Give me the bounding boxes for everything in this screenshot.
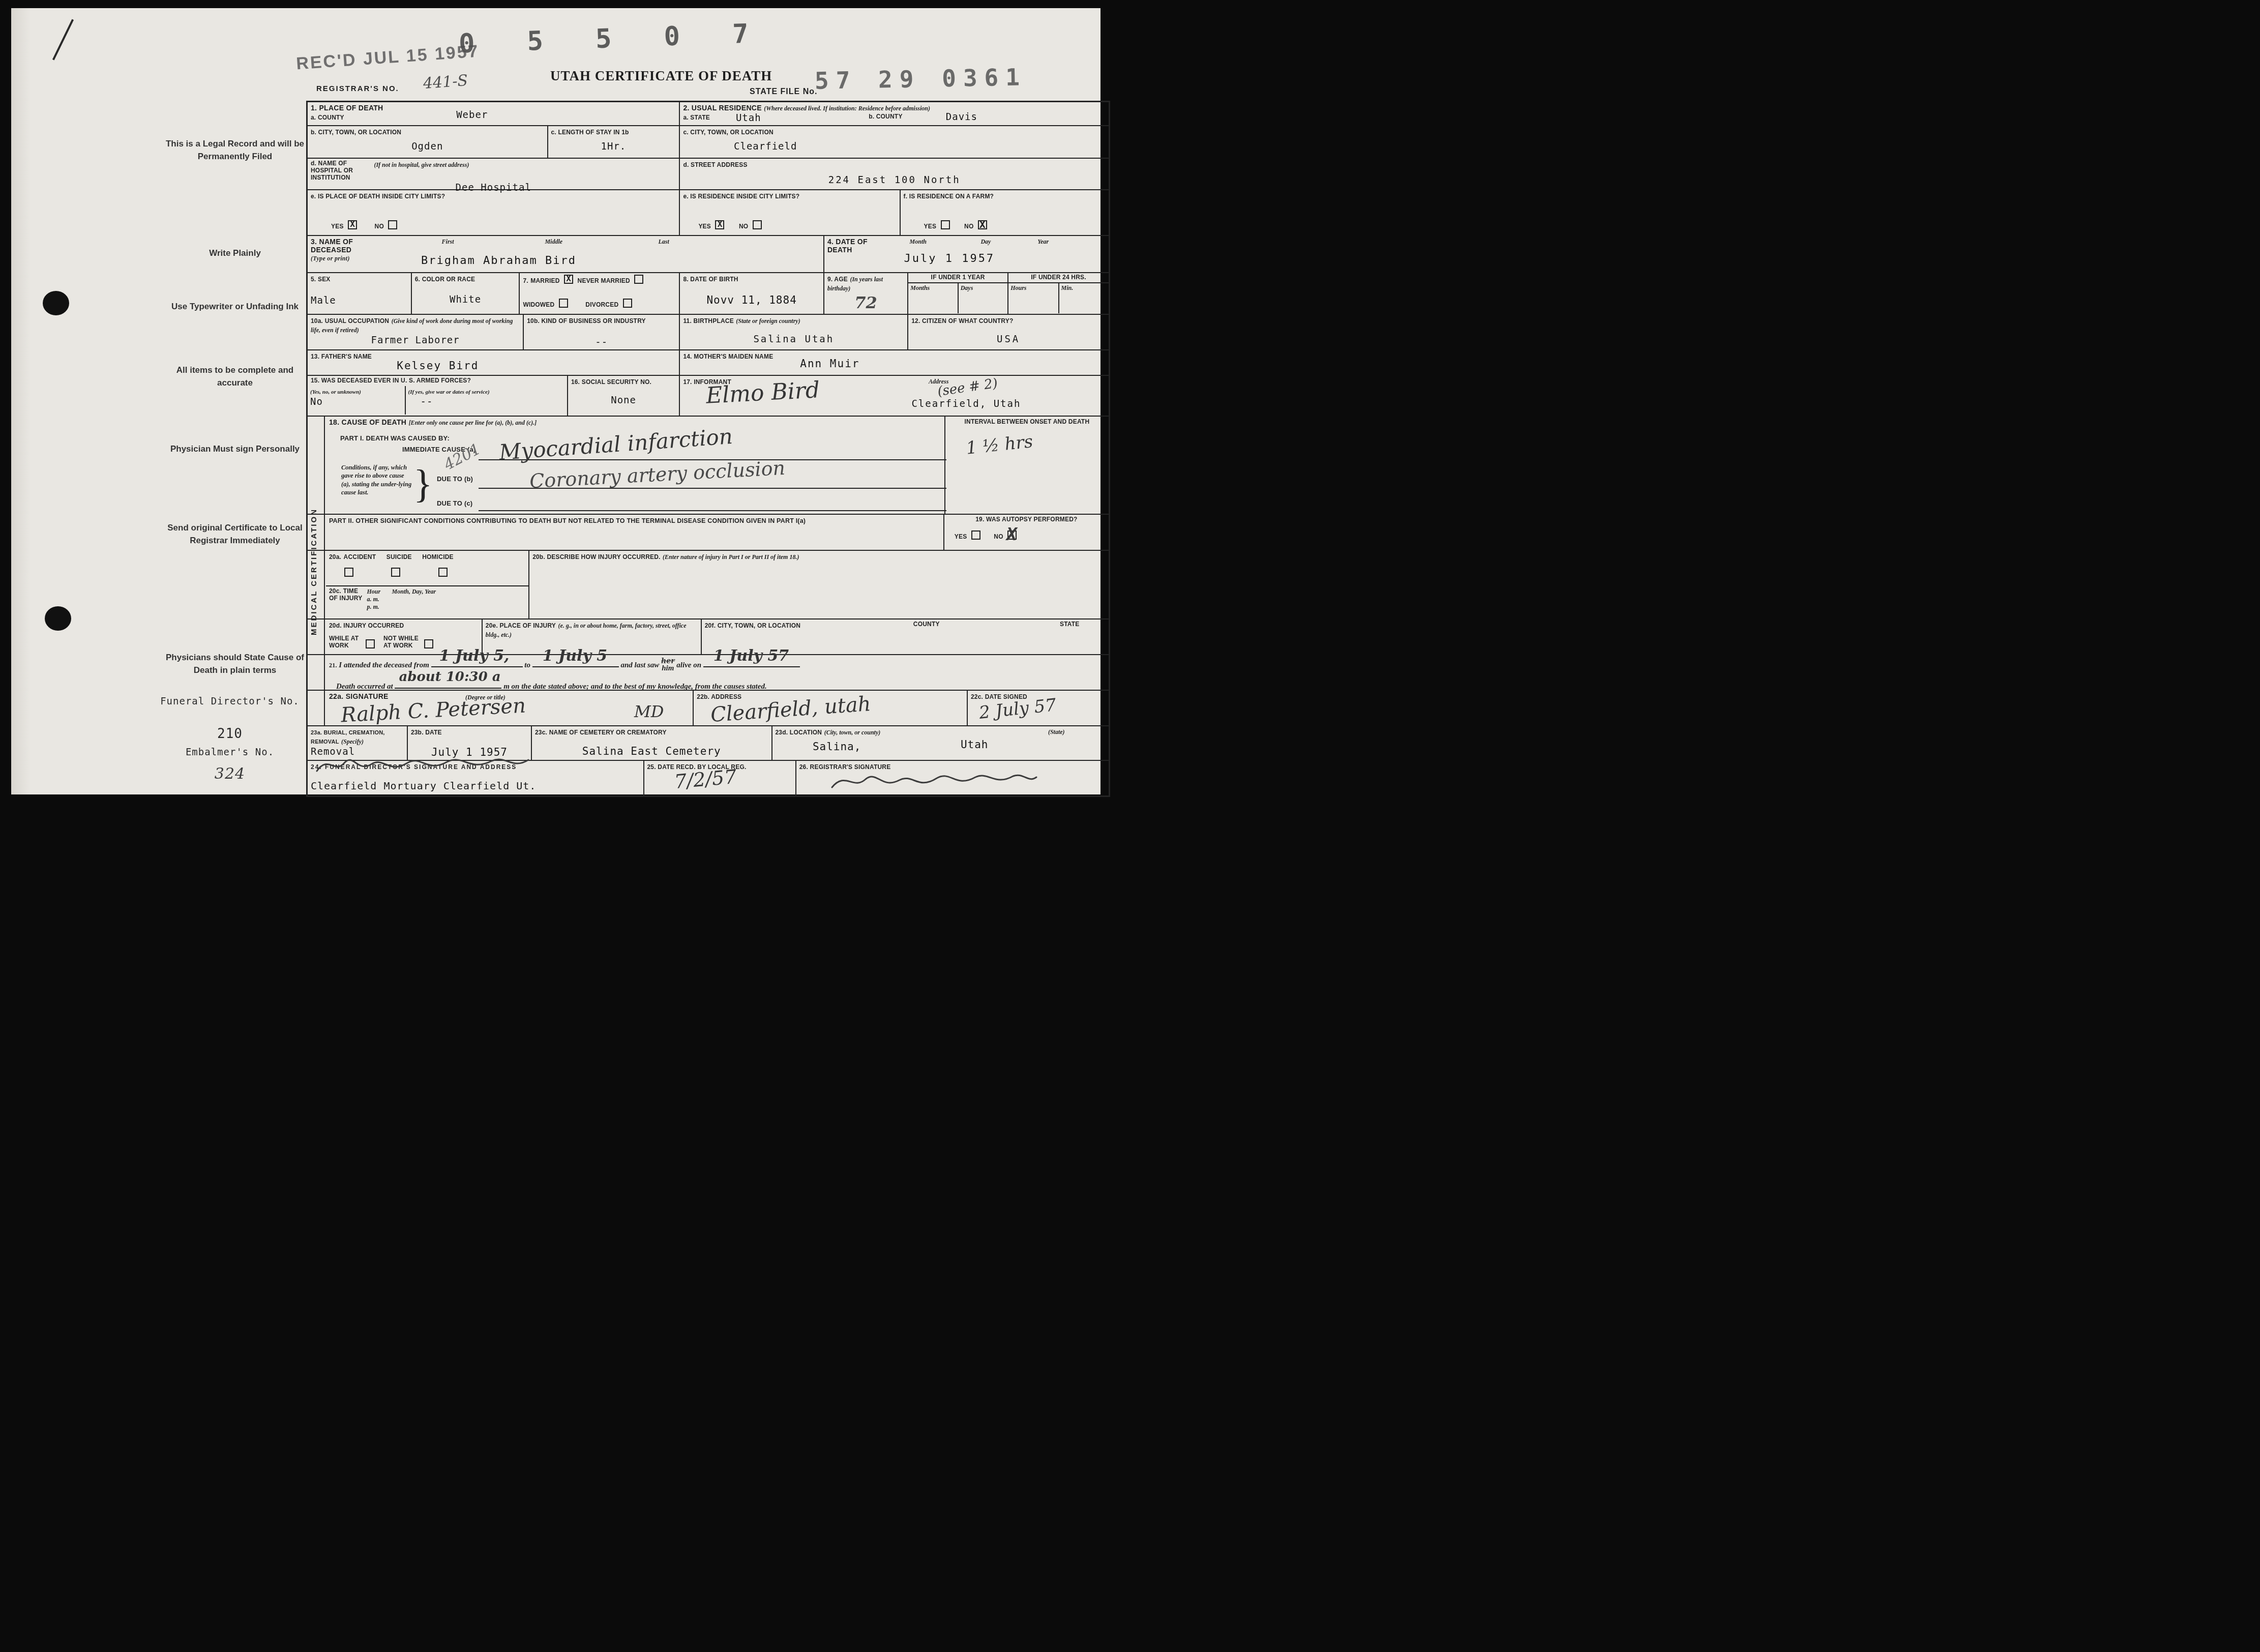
field-1e-yes-label: YES [331,223,344,230]
suicide-label: SUICIDE [386,553,412,560]
due-to-c-label: DUE TO (c) [437,500,472,508]
received-date-stamp: REC'D JUL 15 1957 [295,41,480,74]
funeral-directors-no-value: 210 [148,726,311,742]
field-20d-label: 20d. INJURY OCCURRED [329,622,404,629]
field-19-autopsy: 19. WAS AUTOPSY PERFORMED? YES NO X [944,515,1109,550]
field-2e-no-checkbox [753,220,762,229]
field-3-note: (Type or print) [311,255,350,262]
registrar-no-value: 441-S [423,72,468,93]
field-4-year-header: Year [1037,238,1049,246]
field-15-war-dates-value: -- [421,396,564,407]
field-23d-value-city: Salina, [813,741,861,753]
field-3-last-header: Last [658,238,669,246]
field-10a-label: 10a. USUAL OCCUPATION [311,317,389,324]
field-18-title: 18. CAUSE OF DEATH [329,418,406,426]
death-time-value: about 10:30 a [399,669,500,685]
field-24-value: Clearfield Mortuary Clearfield Ut. [311,780,640,792]
field-2f-label: f. IS RESIDENCE ON A FARM? [904,193,994,200]
field-1a-label: a. COUNTY [311,114,344,121]
field-23a-note: (Specify) [341,738,364,745]
field-23b-label: 23b. DATE [411,729,442,736]
field-12-value: USA [911,334,1106,345]
funeral-directors-no-label: Funeral Director's No. [148,696,311,707]
field-11-value: Salina Utah [683,334,904,345]
embalmers-no-label: Embalmer's No. [148,747,311,758]
suicide-checkbox [391,568,400,577]
embalmers-no-value: 324 [148,765,311,783]
field-2d-street: d. STREET ADDRESS 224 East 100 North [680,159,1109,189]
under-24-hrs-min: Min. [1058,283,1109,313]
under-1-year-header: IF UNDER 1 YEAR [908,273,1007,283]
field-14-mothers-maiden-name: 14. MOTHER'S MAIDEN NAME Ann Muir [680,350,1109,375]
field-1c-label: c. LENGTH OF STAY IN 1b [551,129,629,136]
county-label: COUNTY [913,621,940,628]
margin-note-legal-record: This is a Legal Record and will be Perma… [164,138,306,163]
field-7-number: 7. [523,277,528,284]
stamp-number: 0 5 5 0 7 [458,18,767,59]
field-24-funeral-director: 24. FUNERAL DIRECTOR'S SIGNATURE AND ADD… [308,761,644,795]
field-2e-yes-label: YES [698,223,711,230]
field-14-label: 14. MOTHER'S MAIDEN NAME [683,353,773,360]
margin-note-complete: All items to be complete and accurate [164,364,306,389]
field-1e-yes-mark: X [349,219,356,229]
alive-on-text: alive on [676,661,701,669]
under-1-year-days: Days [958,283,1007,313]
field-7-married-label: MARRIED [530,277,559,284]
field-2e-city-limits: e. IS RESIDENCE INSIDE CITY LIMITS? YES … [680,190,900,235]
not-while-at-work-checkbox [424,639,433,648]
field-8-label: 8. DATE OF BIRTH [683,276,738,283]
field-1-title: 1. PLACE OF DEATH [311,104,383,112]
field-2f-no-label: NO [964,223,973,230]
certificate-form: MEDICAL CERTIFICATION 1. PLACE OF DEATH … [306,101,1110,797]
under-1-year-months: Months [908,283,957,313]
field-14-value: Ann Muir [800,358,859,370]
field-11-label: 11. BIRTHPLACE [683,317,734,324]
field-20a-20c: 20a. ACCIDENT SUICIDE HOMICIDE 20c. TIME… [326,551,529,618]
field-19-yes-checkbox [971,530,980,540]
field-2f-farm: f. IS RESIDENCE ON A FARM? YES NO X [901,190,1109,235]
field-15-note2: (If yes, give war or dates of service) [408,389,490,395]
field-20c-label: 20c. TIME OF INJURY [329,588,365,602]
field-6-value: White [415,294,516,305]
pen-mark [52,19,74,61]
field-16-label: 16. SOCIAL SECURITY NO. [571,378,651,386]
field-21-attended: 21. I attended the deceased from 1 July … [308,655,1109,691]
field-16-value: None [571,395,676,406]
field-5-label: 5. SEX [311,276,331,283]
field-2e-yes-checkbox: X [715,220,724,229]
field-2-residence: 2. USUAL RESIDENCE (Where deceased lived… [680,102,1109,125]
field-23d-label: 23d. LOCATION [776,729,822,736]
field-3-name-of-deceased: 3. NAME OF DECEASED (Type or print) Firs… [308,236,824,272]
field-2-title: 2. USUAL RESIDENCE [683,104,762,112]
conditions-brace: } [413,461,432,507]
interval-column: INTERVAL BETWEEN ONSET AND DEATH 1 ½ hrs [944,417,1109,514]
attended-to-text: to [524,661,530,669]
field-1e-label: e. IS PLACE OF DEATH INSIDE CITY LIMITS? [311,193,445,200]
punch-hole-top [43,291,69,315]
field-20f-label: 20f. CITY, TOWN, OR LOCATION [705,622,801,629]
field-15-value: No [310,396,402,407]
page-title: UTAH CERTIFICATE OF DEATH [550,68,772,84]
field-22a-signature: 22a. SIGNATURE (Degree or title) Ralph C… [326,691,694,725]
last-saw-text: and last saw [621,661,660,669]
field-9-under-24-hrs: IF UNDER 24 HRS. Hours Min. [1008,273,1109,314]
field-20c-time-of-injury: 20c. TIME OF INJURY Hour a. m. p. m. Mon… [326,586,528,612]
field-9-value: 72 [827,293,904,312]
cause-a-value: Myocardial infarction [498,424,733,465]
death-occurred-text: Death occurred at [336,683,393,691]
field-26-registrar-signature: 26. REGISTRAR'S SIGNATURE [796,761,1109,795]
certificate-paper: REC'D JUL 15 1957 0 5 5 0 7 UTAH CERTIFI… [11,8,1101,794]
field-2e-no-label: NO [739,223,748,230]
part1-label: PART I. DEATH WAS CAUSED BY: [340,435,450,442]
field-19-label: 19. WAS AUTOPSY PERFORMED? [947,516,1106,523]
field-5-sex: 5. SEX Male [308,273,412,314]
field-7-divorced-label: DIVORCED [585,301,618,308]
field-11-birthplace: 11. BIRTHPLACE (State or foreign country… [680,315,908,349]
homicide-label: HOMICIDE [422,553,454,560]
field-22a-label: 22a. SIGNATURE [329,692,389,700]
pm-label: p. m. [367,603,379,610]
field-2e-label: e. IS RESIDENCE INSIDE CITY LIMITS? [683,193,799,200]
field-3-first-header: First [442,238,454,246]
field-2b-value: Davis [946,111,977,123]
field-15-armed-forces: 15. WAS DECEASED EVER IN U. S. ARMED FOR… [308,376,568,416]
field-2d-value: 224 East 100 North [683,174,1106,186]
part2-conditions: PART II. OTHER SIGNIFICANT CONDITIONS CO… [326,515,944,550]
field-7-widowed-label: WIDOWED [523,301,554,308]
under-24-hrs-header: IF UNDER 24 HRS. [1008,273,1109,283]
field-9-under-1-year: IF UNDER 1 YEAR Months Days [908,273,1008,314]
field-18-cause-of-death: 18. CAUSE OF DEATH [Enter only one cause… [308,417,1109,515]
field-2b-label: b. COUNTY [869,113,902,121]
field-2f-no-checkbox: X [978,220,987,229]
field-15-note1: (Yes, no, or unknown) [310,389,361,395]
field-7-never-married-label: NEVER MARRIED [578,277,630,284]
field-2e-yes-mark: X [716,219,723,229]
field-7-widowed-checkbox [559,299,568,308]
scanned-death-certificate: REC'D JUL 15 1957 0 5 5 0 7 UTAH CERTIFI… [0,0,1130,826]
field-2c-value: Clearfield [734,141,1106,152]
field-22b-label: 22b. ADDRESS [697,693,741,700]
field-2-title-note: (Where deceased lived. If institution: R… [764,105,930,112]
field-1e-no-checkbox [388,220,397,229]
field-13-value: Kelsey Bird [397,360,479,372]
field-13-fathers-name: 13. FATHER'S NAME Kelsey Bird [308,350,680,375]
field-10a-value: Farmer Laborer [311,335,520,346]
field-11-note: (State or foreign country) [736,317,800,324]
field-23d-location: 23d. LOCATION (City, town, or county) (S… [772,726,1109,760]
field-4-day-header: Day [980,238,991,246]
field-22c-date-signed: 22c. DATE SIGNED 2 July 57 [968,691,1109,725]
field-3-title: 3. NAME OF DECEASED [311,238,353,254]
field-23d-state-note: (State) [1048,728,1065,736]
field-23c-label: 23c. NAME OF CEMETERY OR CREMATORY [535,729,667,736]
field-6-color-or-race: 6. COLOR OR RACE White [412,273,520,314]
attended-to-value: 1 July 5 [543,647,607,665]
field-3-value: Brigham Abraham Bird [421,254,576,267]
state-file-label: STATE FILE No. [750,87,817,97]
field-9-age: 9. AGE (In years last birthday) 72 [824,273,908,314]
field-19-no-mark: X [1006,524,1014,545]
punch-hole-bottom [45,606,71,631]
field-18-title-note: [Enter only one cause per line for (a), … [409,419,537,426]
under-24-hrs-hours: Hours [1008,283,1058,313]
field-13-label: 13. FATHER'S NAME [311,353,372,360]
field-23d-note: (City, town, or county) [824,729,881,736]
field-4-date-of-death: 4. DATE OF DEATH Month Day Year July 1 1… [824,236,1109,272]
field-7-never-married-checkbox [634,275,643,284]
field-16-ssn: 16. SOCIAL SECURITY NO. None [568,376,680,416]
causes-stated-text: m on the date stated above; and to the b… [503,683,766,691]
field-1d-note: (If not in hospital, give street address… [374,161,469,168]
field-25-date-received: 25. DATE RECD. BY LOCAL REG. 7/2/57 [644,761,796,795]
field-1e-no-label: NO [375,223,384,230]
field-3-middle-header: Middle [545,238,562,246]
field-10a-occupation: 10a. USUAL OCCUPATION (Give kind of work… [308,315,524,349]
field-7-marital-status: 7. MARRIED X NEVER MARRIED WIDOWED DIVOR… [520,273,680,314]
field-2c-label: c. CITY, TOWN, OR LOCATION [683,129,773,136]
him-text: him [662,664,674,672]
field-1e-yes-checkbox: X [348,220,357,229]
field-2f-yes-label: YES [924,223,937,230]
cause-b-value: Coronary artery occlusion [529,457,786,492]
field-20a-number: 20a. [329,553,341,560]
field-23d-value-state: Utah [961,739,989,751]
field-19-no-checkbox: X [1007,530,1017,540]
field-17-informant: 17. INFORMANT Address Elmo Bird (see # 2… [680,376,1109,416]
field-4-value: July 1 1957 [904,252,995,265]
field-1b-label: b. CITY, TOWN, OR LOCATION [311,129,401,136]
cause-c-line [479,510,946,511]
attended-from-text: I attended the deceased from [339,661,429,669]
field-1c-length-of-stay: c. LENGTH OF STAY IN 1b 1Hr. [548,126,680,158]
field-17-address-value: Clearfield, Utah [911,398,1021,409]
field-7-married-checkbox: X [564,275,573,284]
field-21-number: 21. [329,662,337,669]
field-8-date-of-birth: 8. DATE OF BIRTH Novv 11, 1884 [680,273,824,314]
part2-label: PART II. OTHER SIGNIFICANT CONDITIONS CO… [329,517,806,524]
field-2d-label: d. STREET ADDRESS [683,161,747,168]
due-to-b-label: DUE TO (b) [437,476,473,483]
field-1d-hospital: d. NAME OF HOSPITAL OR INSTITUTION (If n… [308,159,680,189]
while-at-work-label: WHILE AT WORK [329,635,362,650]
field-2a-value: Utah [736,112,761,124]
field-2a-label: a. STATE [683,114,710,121]
margin-note-typewriter: Use Typewriter or Unfading Ink [164,301,306,313]
field-9-label: 9. AGE [827,276,848,283]
while-at-work-checkbox [366,639,375,648]
field-4-month-header: Month [910,238,927,246]
field-10b-label: 10b. KIND OF BUSINESS OR INDUSTRY [527,317,646,324]
margin-note-send-original: Send original Certificate to Local Regis… [164,522,306,547]
field-10b-value: -- [527,337,676,348]
field-1a-county: 1. PLACE OF DEATH a. COUNTY Weber [308,102,680,125]
field-2f-yes-checkbox [941,220,950,229]
am-label: a. m. [367,596,379,603]
physician-degree: MD [634,702,664,721]
registrar-no-label: REGISTRAR'S NO. [316,84,399,93]
state-file-value: 57 29 0361 [815,63,1027,94]
informant-signature: Elmo Bird [705,377,820,409]
margin-note-physician-sign: Physician Must sign Personally [164,443,306,456]
field-1b-value: Ogden [311,141,544,152]
field-20a-accident: 20a. ACCIDENT SUICIDE HOMICIDE [326,551,528,586]
state-label: STATE [1060,621,1080,628]
field-12-citizen: 12. CITIZEN OF WHAT COUNTRY? USA [908,315,1109,349]
field-25-value: 7/2/57 [673,765,737,793]
attended-from-value: 1 July 5, [439,647,510,665]
field-10b-industry: 10b. KIND OF BUSINESS OR INDUSTRY -- [524,315,680,349]
field-1d-label: d. NAME OF HOSPITAL OR INSTITUTION [311,160,372,181]
field-7-married-mark: X [565,274,572,283]
field-7-divorced-checkbox [623,299,632,308]
field-19-yes-label: YES [955,533,967,540]
field-1e-city-limits: e. IS PLACE OF DEATH INSIDE CITY LIMITS?… [308,190,680,235]
field-2c-city: c. CITY, TOWN, OR LOCATION Clearfield [680,126,1109,158]
field-20b-describe-injury: 20b. DESCRIBE HOW INJURY OCCURRED. (Ente… [529,551,1109,618]
accident-label: ACCIDENT [344,553,376,560]
field-6-label: 6. COLOR OR RACE [415,276,475,283]
not-while-at-work-label: NOT WHILE AT WORK [383,635,420,650]
field-20b-note: (Enter nature of injury in Part I or Par… [663,553,799,560]
field-15-label: 15. WAS DECEASED EVER IN U. S. ARMED FOR… [308,376,567,386]
field-20b-label: 20b. DESCRIBE HOW INJURY OCCURRED. [532,553,661,560]
registrar-signature [827,769,1040,791]
margin-note-write-plainly: Write Plainly [164,247,306,260]
field-15-war-dates: (If yes, give war or dates of service) -… [405,386,567,415]
field-8-value: Novv 11, 1884 [683,294,820,306]
interval-value: 1 ½ hrs [965,423,1109,458]
accident-checkbox [344,568,353,577]
field-5-value: Male [311,295,408,306]
field-23c-value: Salina East Cemetery [535,745,768,757]
field-22b-address: 22b. ADDRESS Clearfield, utah [694,691,968,725]
field-1a-value: Weber [456,109,488,121]
field-1b-city: b. CITY, TOWN, OR LOCATION Ogden [308,126,548,158]
alive-on-value: 1 July 57 [713,647,789,665]
funeral-director-signature [313,754,531,774]
field-1c-value: 1Hr. [551,141,676,152]
field-12-label: 12. CITIZEN OF WHAT COUNTRY? [911,317,1013,324]
field-15-answer: (Yes, no, or unknown) No [308,386,405,415]
field-2f-no-mark: X [979,218,986,230]
field-19-no-label: NO [994,533,1003,540]
hour-label: Hour [367,588,380,595]
field-4-title: 4. DATE OF DEATH [827,238,868,254]
homicide-checkbox [438,568,448,577]
struck-her: her [661,658,674,665]
month-day-year-label: Month, Day, Year [392,588,436,596]
field-20e-label: 20e. PLACE OF INJURY [486,622,556,629]
field-23c-cemetery: 23c. NAME OF CEMETERY OR CREMATORY Salin… [532,726,772,760]
conditions-note: Conditions, if any, which gave rise to a… [341,463,412,496]
margin-note-plain-terms: Physicians should State Cause of Death i… [164,652,306,676]
